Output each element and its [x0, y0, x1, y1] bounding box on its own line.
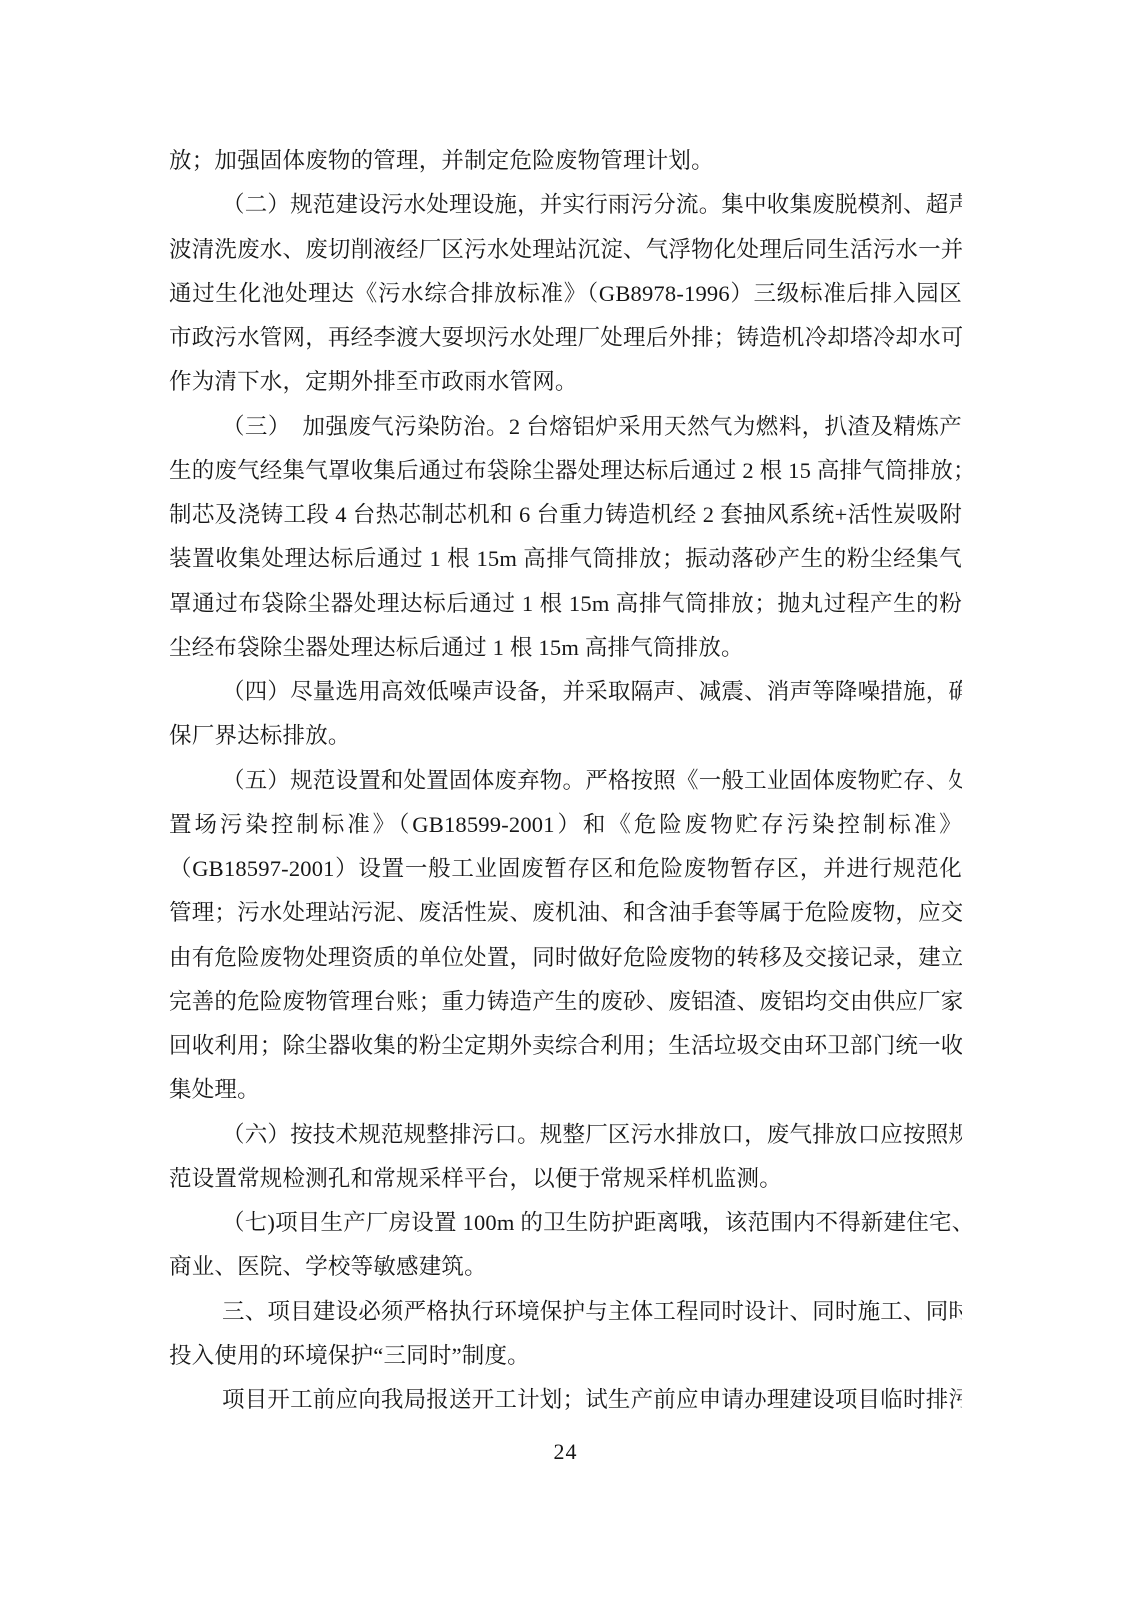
text-line: （六）按技术规范规整排污口。规整厂区污水排放口，废气排放口应按照规: [169, 1113, 962, 1157]
text-line: （四）尽量选用高效低噪声设备，并采取隔声、减震、消声等降噪措施，确: [169, 670, 962, 714]
document-text-block: 放；加强固体废物的管理，并制定危险废物管理计划。 （二）规范建设污水处理设施，并…: [169, 139, 962, 1422]
text-line: 制芯及浇铸工段 4 台热芯制芯机和 6 台重力铸造机经 2 套抽风系统+活性炭吸…: [169, 493, 962, 537]
text-line: 集处理。: [169, 1068, 962, 1112]
text-line: 完善的危险废物管理台账；重力铸造产生的废砂、废铝渣、废铝均交由供应厂家: [169, 980, 962, 1024]
text-line: 作为清下水，定期外排至市政雨水管网。: [169, 360, 962, 404]
text-line: 置场污染控制标准》（GB18599-2001）和《危险废物贮存污染控制标准》: [169, 803, 962, 847]
text-line: 通过生化池处理达《污水综合排放标准》（GB8978-1996）三级标准后排入园区: [169, 272, 962, 316]
text-line: 放；加强固体废物的管理，并制定危险废物管理计划。: [169, 139, 962, 183]
document-page: 放；加强固体废物的管理，并制定危险废物管理计划。 （二）规范建设污水处理设施，并…: [0, 0, 1131, 1600]
text-line: 装置收集处理达标后通过 1 根 15m 高排气筒排放；振动落砂产生的粉尘经集气: [169, 537, 962, 581]
text-line: 由有危险废物处理资质的单位处置，同时做好危险废物的转移及交接记录，建立: [169, 936, 962, 980]
page-number: 24: [169, 1437, 962, 1467]
text-line: 罩通过布袋除尘器处理达标后通过 1 根 15m 高排气筒排放；抛丸过程产生的粉: [169, 582, 962, 626]
text-line: 三、项目建设必须严格执行环境保护与主体工程同时设计、同时施工、同时: [169, 1290, 962, 1334]
text-line: 投入使用的环境保护“三同时”制度。: [169, 1334, 962, 1378]
text-line: 范设置常规检测孔和常规采样平台，以便于常规采样机监测。: [169, 1157, 962, 1201]
text-line: 回收利用；除尘器收集的粉尘定期外卖综合利用；生活垃圾交由环卫部门统一收: [169, 1024, 962, 1068]
text-line: （二）规范建设污水处理设施，并实行雨污分流。集中收集废脱模剂、超声: [169, 183, 962, 227]
text-line: （五）规范设置和处置固体废弃物。严格按照《一般工业固体废物贮存、处: [169, 759, 962, 803]
text-line: 管理；污水处理站污泥、废活性炭、废机油、和含油手套等属于危险废物，应交: [169, 891, 962, 935]
text-line: （七)项目生产厂房设置 100m 的卫生防护距离哦，该范围内不得新建住宅、: [169, 1201, 962, 1245]
text-line: （GB18597-2001）设置一般工业固废暂存区和危险废物暂存区，并进行规范化: [169, 847, 962, 891]
text-line: 波清洗废水、废切削液经厂区污水处理站沉淀、气浮物化处理后同生活污水一并: [169, 228, 962, 272]
text-line: （三） 加强废气污染防治。2 台熔铝炉采用天然气为燃料，扒渣及精炼产: [169, 405, 962, 449]
text-line: 商业、医院、学校等敏感建筑。: [169, 1245, 962, 1289]
text-line: 尘经布袋除尘器处理达标后通过 1 根 15m 高排气筒排放。: [169, 626, 962, 670]
text-line: 项目开工前应向我局报送开工计划；试生产前应申请办理建设项目临时排污: [169, 1378, 962, 1422]
text-line: 生的废气经集气罩收集后通过布袋除尘器处理达标后通过 2 根 15 高排气筒排放；: [169, 449, 962, 493]
text-line: 保厂界达标排放。: [169, 714, 962, 758]
text-line: 市政污水管网，再经李渡大耍坝污水处理厂处理后外排；铸造机冷却塔冷却水可: [169, 316, 962, 360]
